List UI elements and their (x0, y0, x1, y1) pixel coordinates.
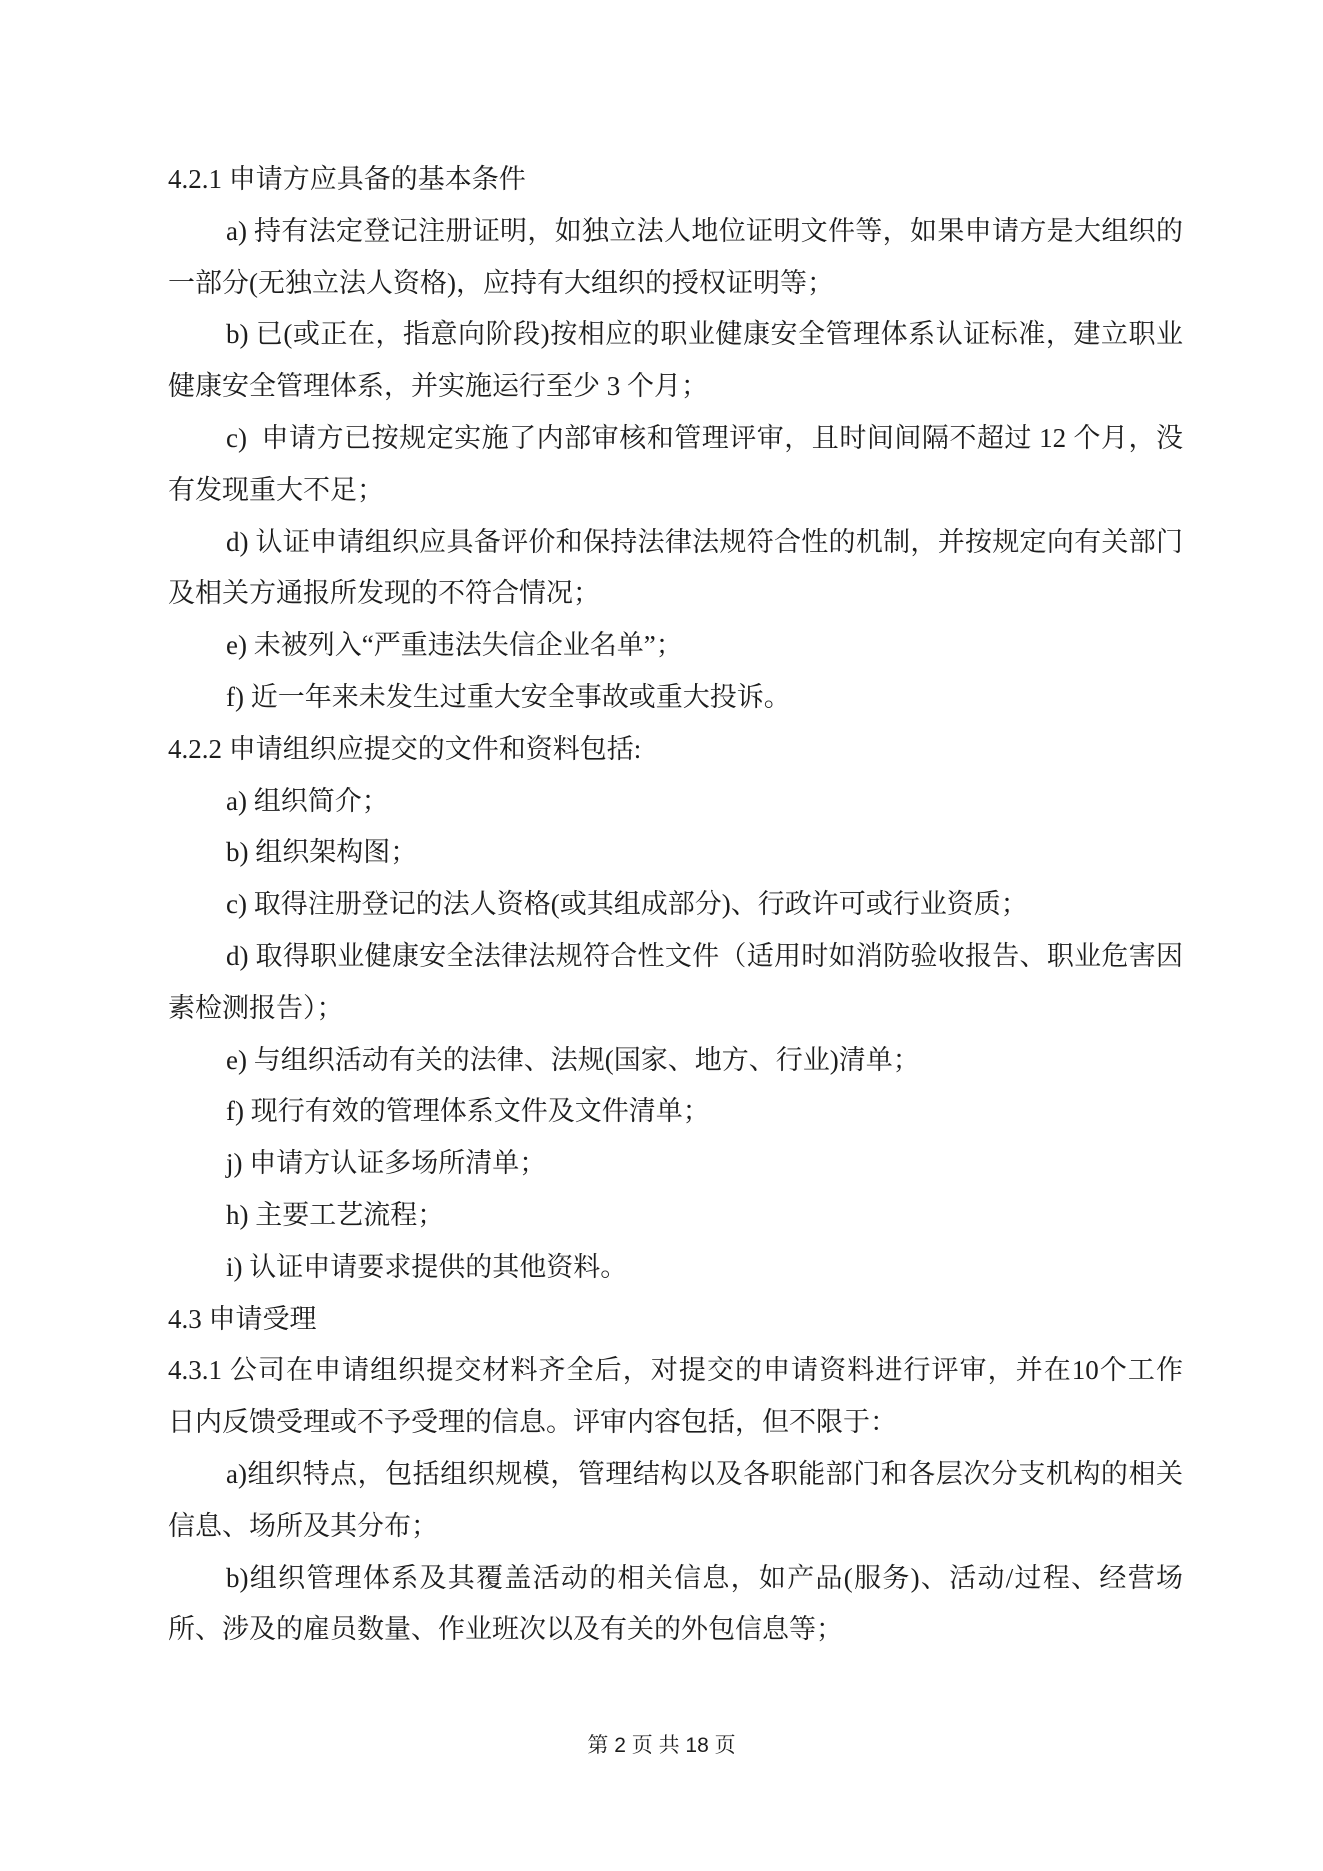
text-line: a) 组织简介； (168, 776, 1183, 828)
text-line: f) 近一年来未发生过重大安全事故或重大投诉。 (168, 672, 1183, 724)
document-page: 4.2.1 申请方应具备的基本条件a) 持有法定登记注册证明，如独立法人地位证明… (0, 0, 1323, 1871)
text-line: i) 认证申请要求提供的其他资料。 (168, 1242, 1183, 1294)
text-line: a) 持有法定登记注册证明，如独立法人地位证明文件等，如果申请方是大组织的 (168, 206, 1183, 258)
text-line: 4.3 申请受理 (168, 1294, 1183, 1346)
text-line: c) 申请方已按规定实施了内部审核和管理评审，且时间间隔不超过 12 个月，没 (168, 413, 1183, 465)
text-line: e) 未被列入“严重违法失信企业名单”； (168, 620, 1183, 672)
page-footer: 第 2 页 共 18 页 (0, 1732, 1323, 1760)
text-line: b)组织管理体系及其覆盖活动的相关信息，如产品(服务)、活动/过程、经营场 (168, 1553, 1183, 1605)
page-number-text: 第 2 页 共 18 页 (587, 1734, 735, 1757)
text-line: f) 现行有效的管理体系文件及文件清单； (168, 1086, 1183, 1138)
text-line: c) 取得注册登记的法人资格(或其组成部分)、行政许可或行业资质； (168, 879, 1183, 931)
text-line: b) 已(或正在，指意向阶段)按相应的职业健康安全管理体系认证标准，建立职业 (168, 309, 1183, 361)
text-line: 所、涉及的雇员数量、作业班次以及有关的外包信息等； (168, 1604, 1183, 1656)
text-line: 信息、场所及其分布； (168, 1501, 1183, 1553)
text-line: j) 申请方认证多场所清单； (168, 1138, 1183, 1190)
text-line: h) 主要工艺流程； (168, 1190, 1183, 1242)
text-line: 4.3.1 公司在申请组织提交材料齐全后，对提交的申请资料进行评审，并在10个工… (168, 1345, 1183, 1397)
text-line: 一部分(无独立法人资格)，应持有大组织的授权证明等； (168, 258, 1183, 310)
text-line: 日内反馈受理或不予受理的信息。评审内容包括，但不限于： (168, 1397, 1183, 1449)
text-line: d) 认证申请组织应具备评价和保持法律法规符合性的机制，并按规定向有关部门 (168, 517, 1183, 569)
text-line: 有发现重大不足； (168, 465, 1183, 517)
document-body: 4.2.1 申请方应具备的基本条件a) 持有法定登记注册证明，如独立法人地位证明… (168, 154, 1183, 1656)
text-line: e) 与组织活动有关的法律、法规(国家、地方、行业)清单； (168, 1035, 1183, 1087)
text-line: 及相关方通报所发现的不符合情况； (168, 568, 1183, 620)
text-line: d) 取得职业健康安全法律法规符合性文件（适用时如消防验收报告、职业危害因 (168, 931, 1183, 983)
text-line: 健康安全管理体系，并实施运行至少 3 个月； (168, 361, 1183, 413)
text-line: 4.2.2 申请组织应提交的文件和资料包括: (168, 724, 1183, 776)
text-line: b) 组织架构图； (168, 827, 1183, 879)
text-line: a)组织特点，包括组织规模，管理结构以及各职能部门和各层次分支机构的相关 (168, 1449, 1183, 1501)
text-line: 素检测报告）； (168, 983, 1183, 1035)
text-line: 4.2.1 申请方应具备的基本条件 (168, 154, 1183, 206)
